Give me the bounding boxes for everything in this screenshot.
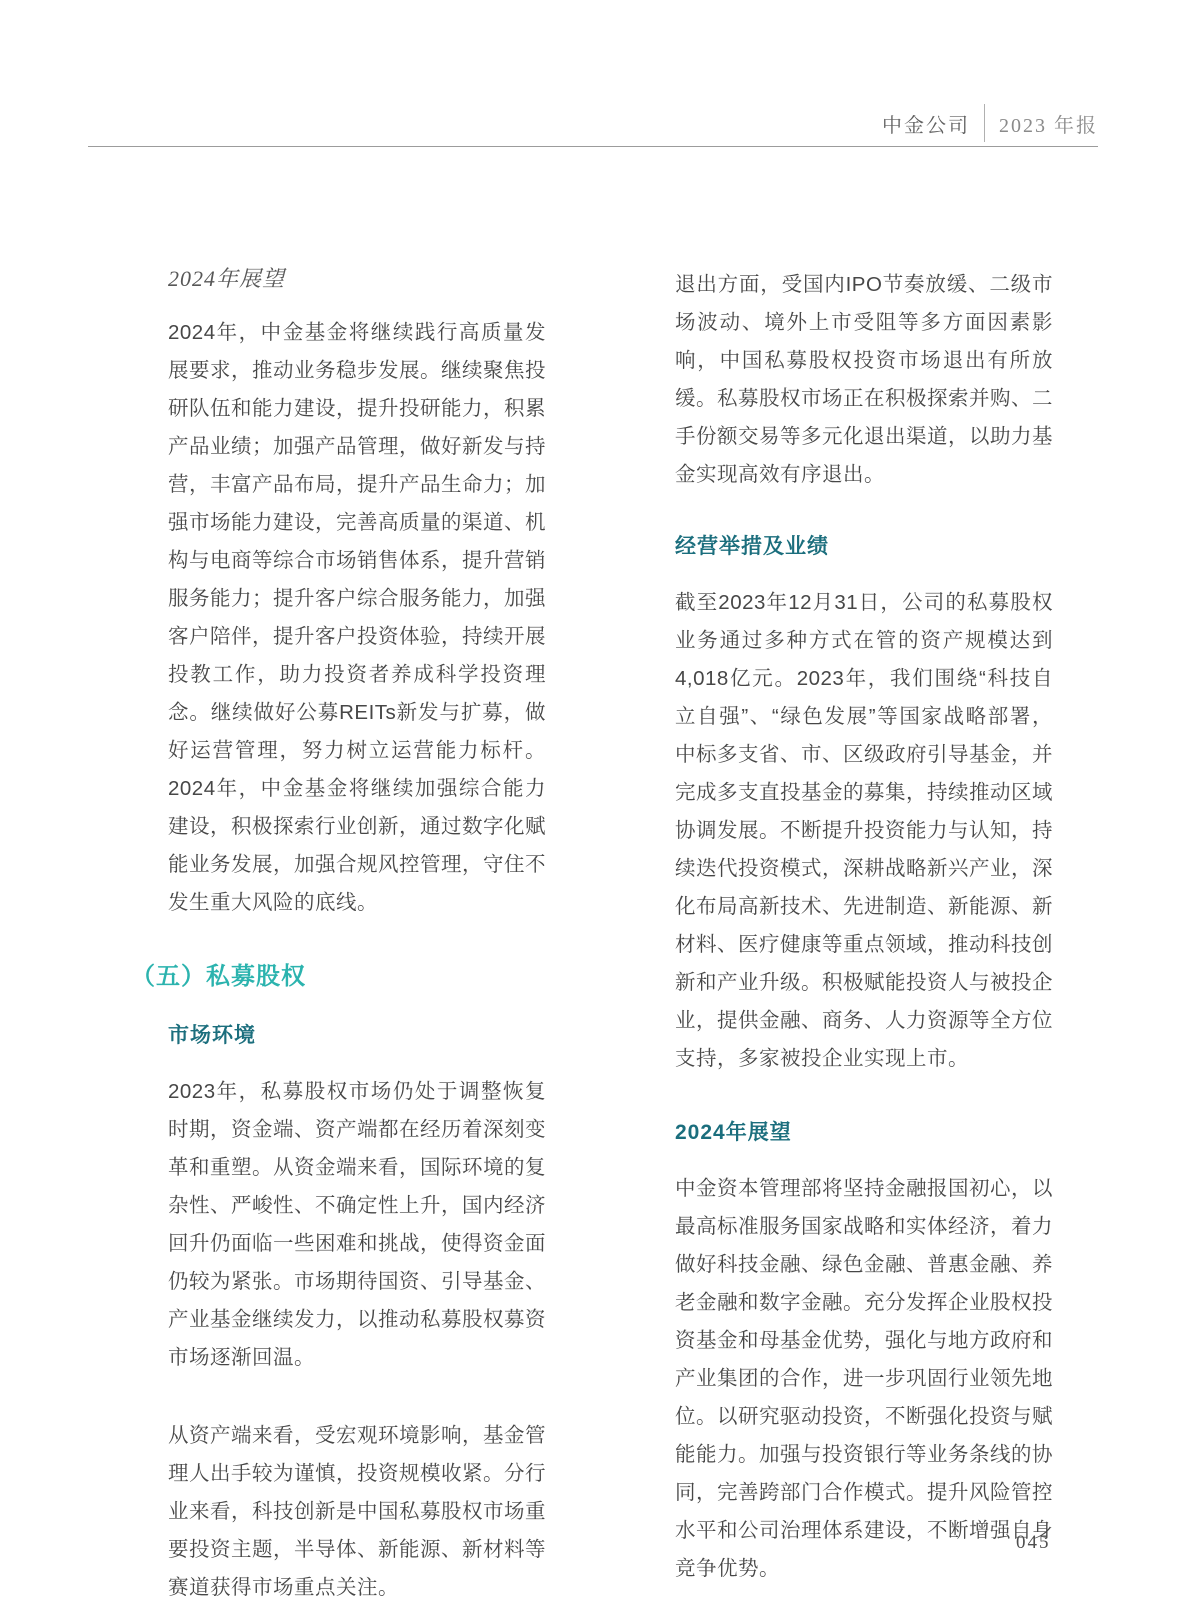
page-number: 045 bbox=[1016, 1532, 1051, 1554]
operations-paragraph: 截至2023年12月31日，公司的私募股权业务通过多种方式在管的资产规模达到4,… bbox=[675, 584, 1053, 1078]
right-column: 退出方面，受国内IPO节奏放缓、二级市场波动、境外上市受阻等多方面因素影响，中国… bbox=[675, 266, 1053, 1588]
page-header: 中金公司 2023 年报 bbox=[88, 104, 1098, 142]
market-environment-paragraph-1: 2023年，私募股权市场仍处于调整恢复时期，资金端、资产端都在经历着深刻变革和重… bbox=[168, 1073, 546, 1377]
left-outlook-heading: 2024年展望 bbox=[168, 262, 546, 293]
right-outlook-paragraph: 中金资本管理部将坚持金融报国初心，以最高标准服务国家战略和实体经济，着力做好科技… bbox=[675, 1170, 1053, 1588]
market-environment-heading: 市场环境 bbox=[168, 1019, 546, 1049]
market-environment-paragraph-2: 从资产端来看，受宏观环境影响，基金管理人出手较为谨慎，投资规模收紧。分行业来看，… bbox=[168, 1417, 546, 1607]
left-column: 2024年展望 2024年，中金基金将继续践行高质量发展要求，推动业务稳步发展。… bbox=[168, 262, 546, 1607]
company-name: 中金公司 bbox=[882, 109, 970, 138]
report-page: 中金公司 2023 年报 2024年展望 2024年，中金基金将继续践行高质量发… bbox=[0, 0, 1190, 1615]
private-equity-section-heading: （五）私募股权 bbox=[131, 956, 546, 991]
header-rule bbox=[88, 146, 1098, 147]
exit-paragraph: 退出方面，受国内IPO节奏放缓、二级市场波动、境外上市受阻等多方面因素影响，中国… bbox=[675, 266, 1053, 494]
report-title: 2023 年报 bbox=[999, 109, 1098, 138]
right-outlook-heading: 2024年展望 bbox=[675, 1116, 1053, 1146]
operations-heading: 经营举措及业绩 bbox=[675, 530, 1053, 560]
left-outlook-paragraph: 2024年，中金基金将继续践行高质量发展要求，推动业务稳步发展。继续聚焦投研队伍… bbox=[168, 314, 546, 922]
header-divider bbox=[984, 104, 985, 142]
